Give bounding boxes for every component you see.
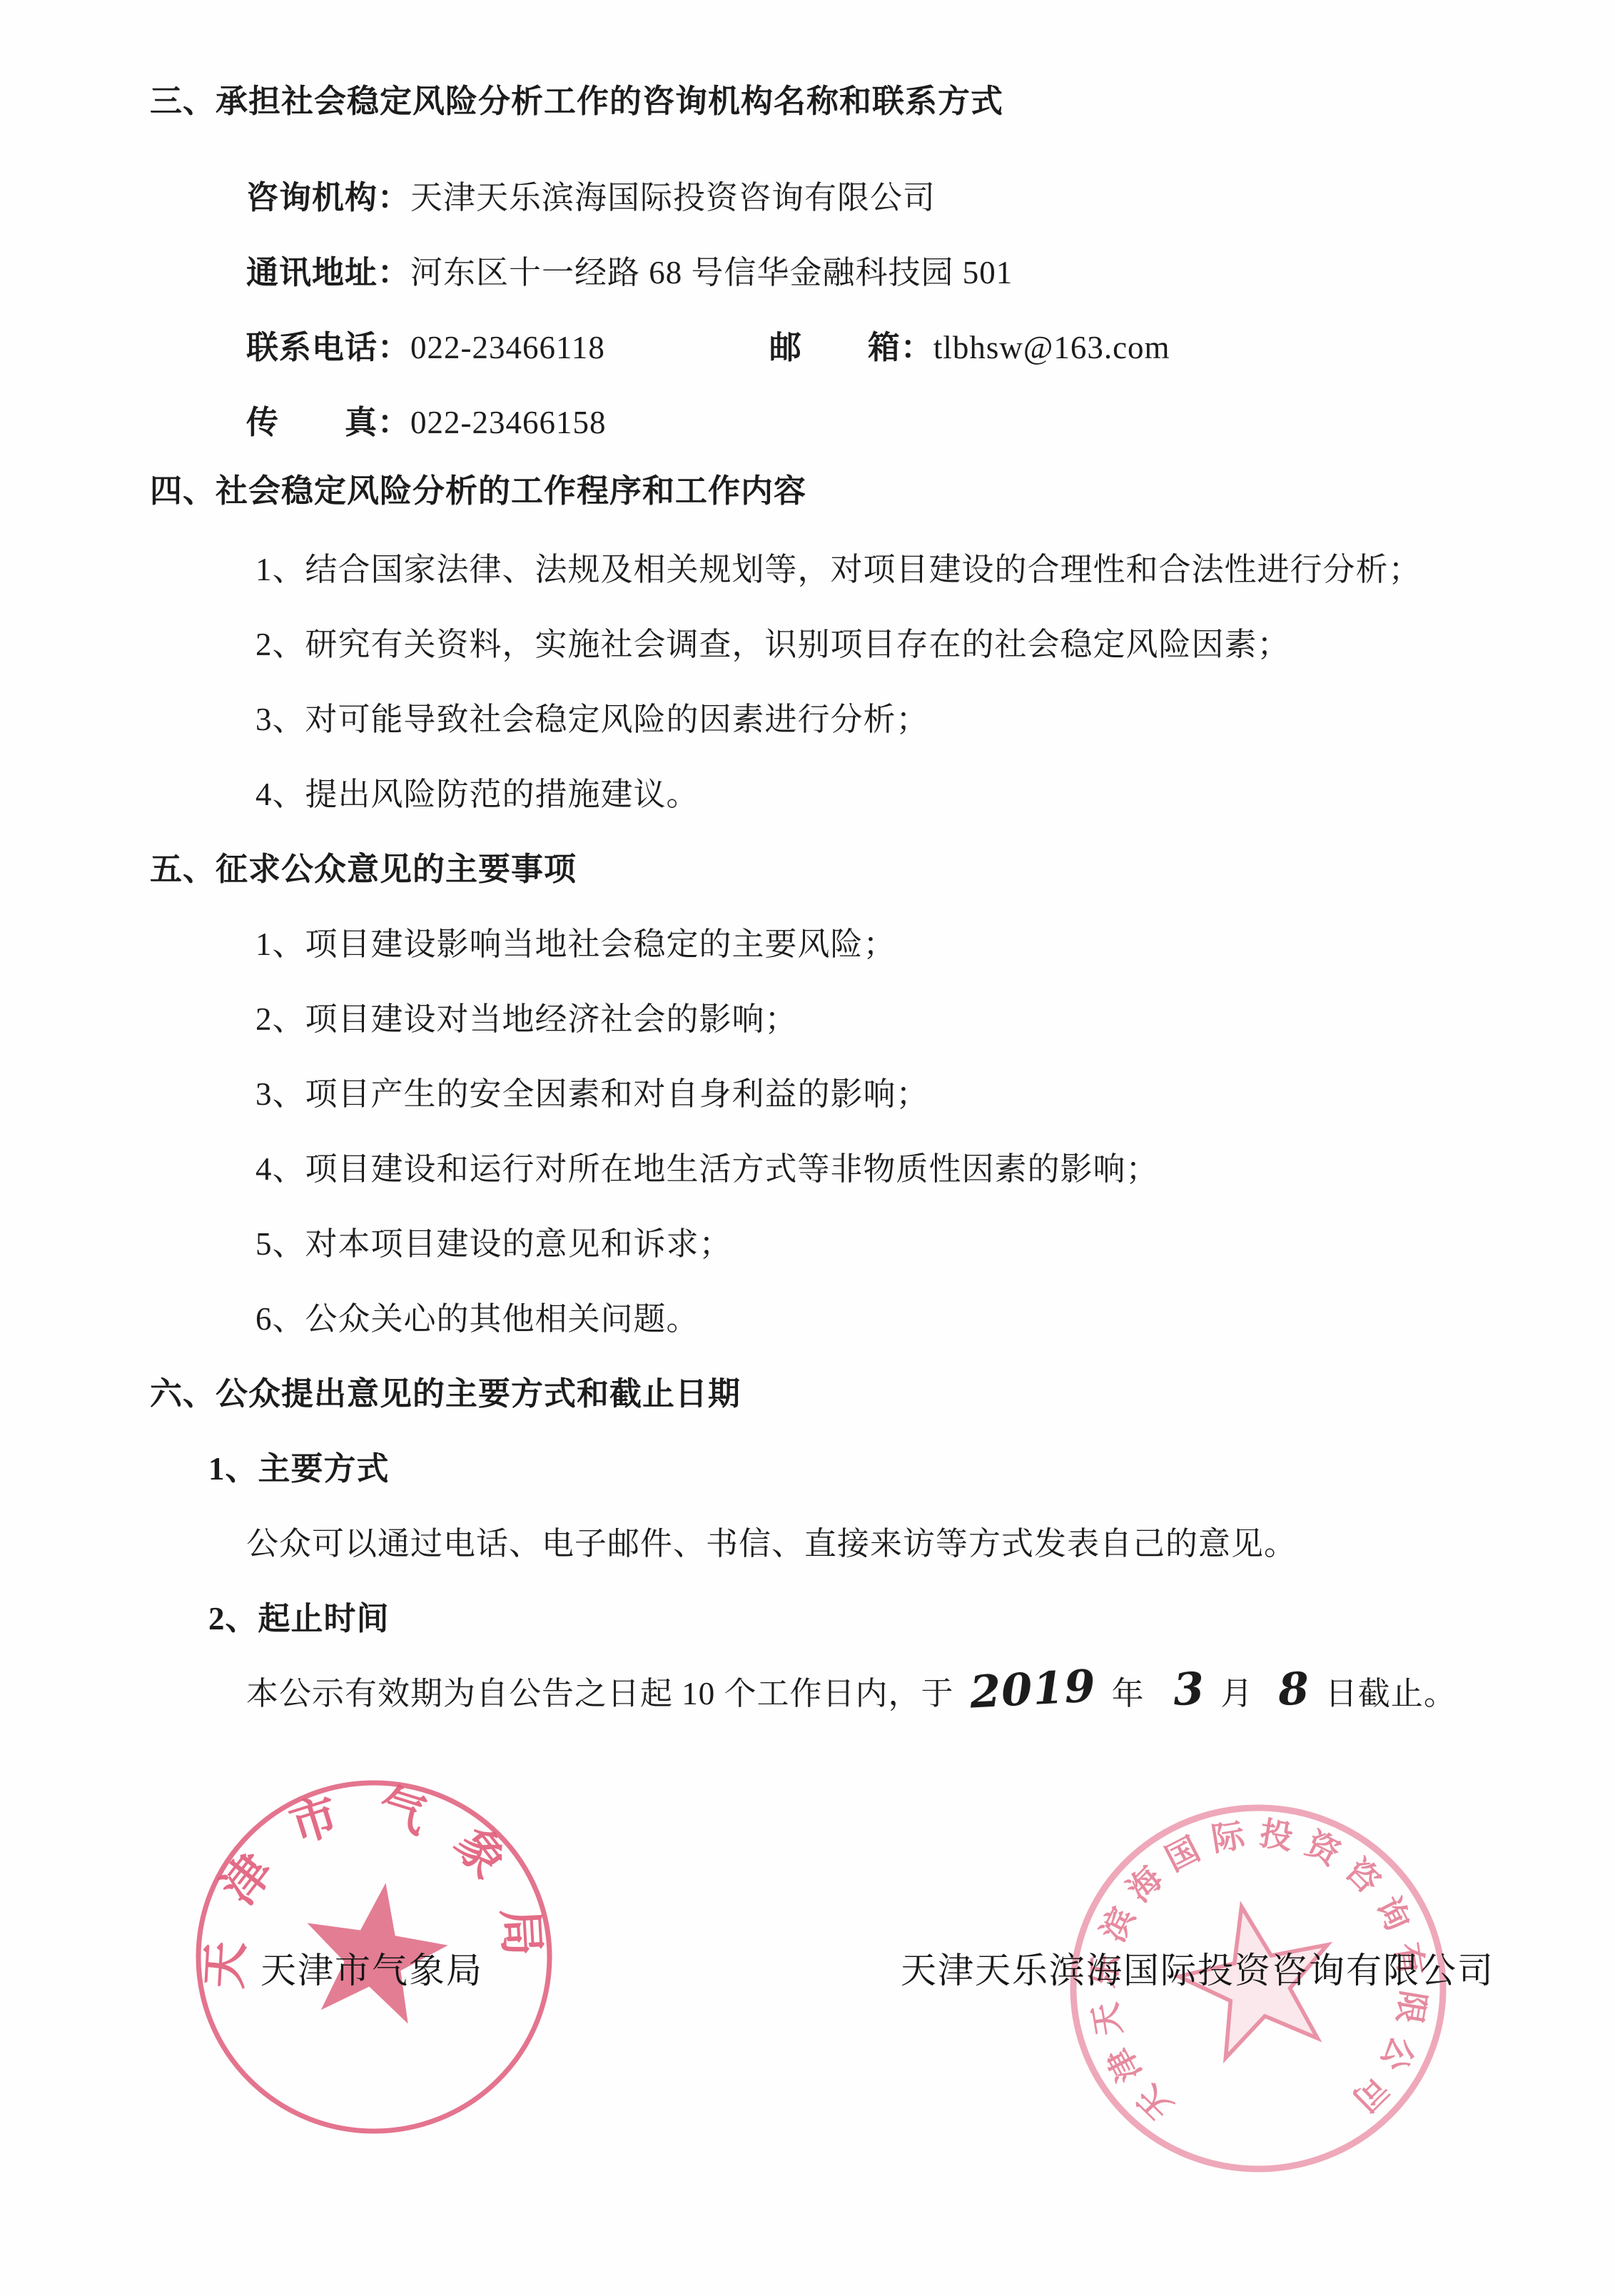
deadline-row: 本公示有效期为自公告之日起 10 个工作日内，于 2019 年 3 月 8 日截… [246, 1672, 1457, 1715]
deadline-prefix: 本公示有效期为自公告之日起 10 个工作日内，于 [246, 1676, 954, 1711]
phone-label: 联系电话： [246, 330, 410, 365]
fax-value: 022-23466158 [410, 405, 607, 440]
fax-row: 传 真：022-23466158 [246, 401, 607, 444]
handwritten-year: 2019 [969, 1672, 1096, 1706]
list-item: 5、对本项目建设的意见和诉求； [255, 1223, 732, 1265]
section3-heading: 三、承担社会稳定风险分析工作的咨询机构名称和联系方式 [150, 80, 1003, 123]
phone-value: 022-23466118 [410, 330, 605, 365]
signature-name-left: 天津市气象局 [260, 1950, 483, 1991]
address-value: 河东区十一经路 68 号信华金融科技园 501 [410, 255, 1013, 290]
section6-sub1-heading: 1、主要方式 [208, 1447, 390, 1490]
document-page: 三、承担社会稳定风险分析工作的咨询机构名称和联系方式 咨询机构：天津天乐滨海国际… [0, 0, 1615, 2296]
section6-sub1-text: 公众可以通过电话、电子邮件、书信、直接来访等方式发表自己的意见。 [246, 1522, 1297, 1565]
signature-name-right: 天津天乐滨海国际投资咨询有限公司 [901, 1950, 1494, 1991]
section6-heading: 六、公众提出意见的主要方式和截止日期 [150, 1372, 741, 1415]
org-value: 天津天乐滨海国际投资咨询有限公司 [410, 180, 936, 216]
section5-heading: 五、征求公众意见的主要事项 [150, 848, 577, 891]
org-row: 咨询机构：天津天乐滨海国际投资咨询有限公司 [246, 176, 936, 219]
handwritten-day: 8 [1277, 1674, 1310, 1704]
list-item: 4、提出风险防范的措施建议。 [255, 773, 699, 816]
org-label: 咨询机构： [246, 180, 410, 216]
section6-sub2-heading: 2、起止时间 [208, 1597, 390, 1640]
deadline-suffix: 日截止。 [1325, 1676, 1457, 1711]
list-item: 1、结合国家法律、法规及相关规划等，对项目建设的合理性和合法性进行分析； [255, 548, 1422, 591]
list-item: 3、对可能导致社会稳定风险的因素进行分析； [255, 698, 929, 741]
phone-row: 联系电话：022-23466118邮 箱：tlbhsw@163.com [246, 326, 1170, 369]
year-unit: 年 [1112, 1676, 1145, 1711]
list-item: 2、研究有关资料，实施社会调查，识别项目存在的社会稳定风险因素； [255, 623, 1290, 666]
list-item: 4、项目建设和运行对所在地生活方式等非物质性因素的影响； [255, 1148, 1159, 1190]
handwritten-month: 3 [1173, 1674, 1205, 1704]
address-label: 通讯地址： [246, 255, 410, 290]
list-item: 2、项目建设对当地经济社会的影响； [255, 998, 798, 1041]
section4-heading: 四、社会稳定风险分析的工作程序和工作内容 [150, 470, 806, 512]
list-item: 6、公众关心的其他相关问题。 [255, 1298, 699, 1340]
fax-label: 传 真： [246, 405, 410, 440]
email-label: 邮 箱： [769, 330, 933, 365]
list-item: 1、项目建设影响当地社会稳定的主要风险； [255, 923, 896, 966]
address-row: 通讯地址：河东区十一经路 68 号信华金融科技园 501 [246, 251, 1013, 294]
list-item: 3、项目产生的安全因素和对自身利益的影响； [255, 1073, 929, 1116]
email-value: tlbhsw@163.com [933, 330, 1170, 365]
month-unit: 月 [1220, 1676, 1253, 1711]
